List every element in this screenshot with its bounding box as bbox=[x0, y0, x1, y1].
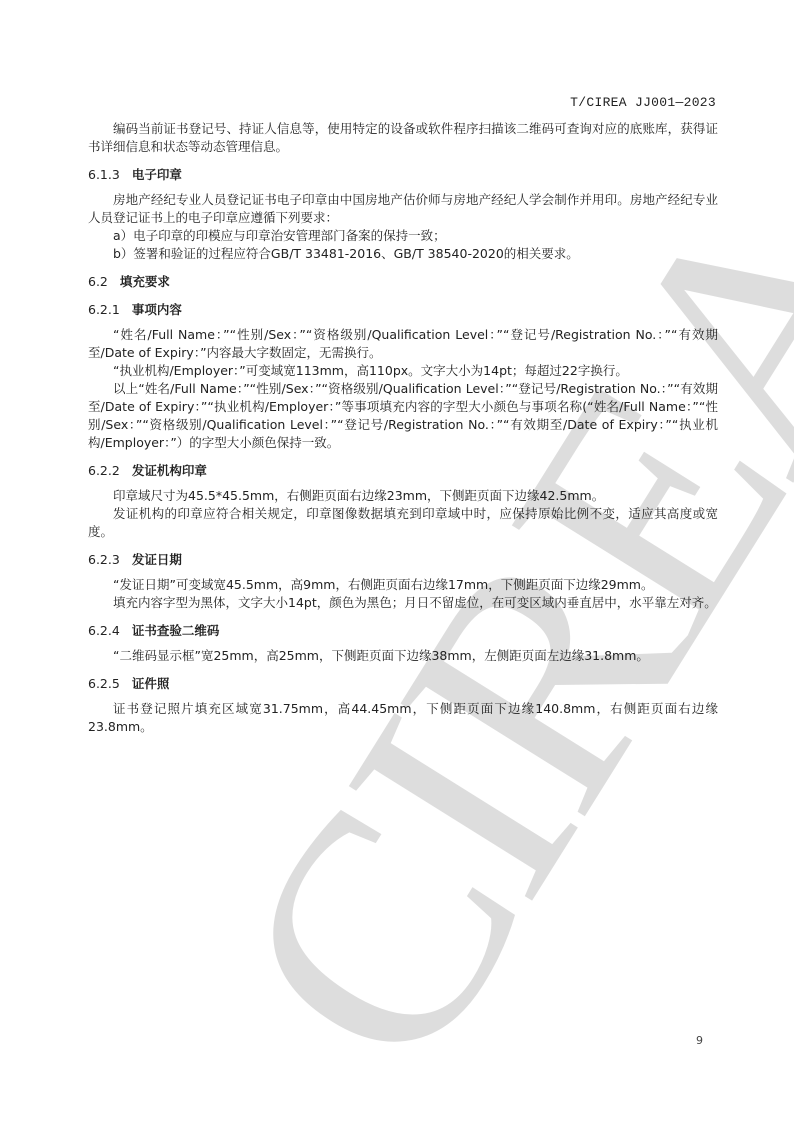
paragraph: 以上“姓名/Full Name：”“性别/Sex：”“资格级别/Qualific… bbox=[88, 380, 718, 452]
paragraph: “二维码显示框”宽25mm，高25mm，下侧距页面下边缘38mm，左侧距页面左边… bbox=[88, 647, 718, 665]
paragraph: 发证机构的印章应符合相关规定，印章图像数据填充到印章域中时，应保持原始比例不变，… bbox=[88, 505, 718, 541]
heading-6-2-5: 6.2.5证件照 bbox=[88, 675, 718, 693]
heading-number: 6.2.3 bbox=[88, 552, 120, 567]
heading-6-2-1: 6.2.1事项内容 bbox=[88, 301, 718, 319]
heading-6-1-3: 6.1.3电子印章 bbox=[88, 166, 718, 184]
paragraph: “执业机构/Employer：”可变域宽113mm，高110px。文字大小为14… bbox=[88, 362, 718, 380]
heading-title: 发证机构印章 bbox=[132, 463, 207, 478]
document-code: T/CIREA JJ001—2023 bbox=[570, 95, 716, 110]
heading-number: 6.2.5 bbox=[88, 676, 120, 691]
heading-title: 填充要求 bbox=[120, 274, 170, 289]
heading-number: 6.2 bbox=[88, 274, 108, 289]
paragraph: 填充内容字型为黑体，文字大小14pt，颜色为黑色；月日不留虚位，在可变区域内垂直… bbox=[88, 594, 718, 612]
heading-title: 证书查验二维码 bbox=[132, 623, 220, 638]
intro-paragraph: 编码当前证书登记号、持证人信息等，使用特定的设备或软件程序扫描该二维码可查询对应… bbox=[88, 120, 718, 156]
heading-title: 事项内容 bbox=[132, 302, 182, 317]
list-item: b）签署和验证的过程应符合GB/T 33481-2016、GB/T 38540-… bbox=[88, 245, 718, 263]
page-number: 9 bbox=[696, 1034, 703, 1047]
heading-6-2-2: 6.2.2发证机构印章 bbox=[88, 462, 718, 480]
paragraph: “姓名/Full Name：”“性别/Sex：”“资格级别/Qualificat… bbox=[88, 326, 718, 362]
heading-6-2-4: 6.2.4证书查验二维码 bbox=[88, 622, 718, 640]
paragraph: 证书登记照片填充区域宽31.75mm，高44.45mm，下侧距页面下边缘140.… bbox=[88, 700, 718, 736]
heading-number: 6.2.1 bbox=[88, 302, 120, 317]
heading-number: 6.2.4 bbox=[88, 623, 120, 638]
paragraph: “发证日期”可变域宽45.5mm，高9mm，右侧距页面右边缘17mm，下侧距页面… bbox=[88, 576, 718, 594]
heading-6-2: 6.2填充要求 bbox=[88, 273, 718, 291]
heading-title: 发证日期 bbox=[132, 552, 182, 567]
page-content: 编码当前证书登记号、持证人信息等，使用特定的设备或软件程序扫描该二维码可查询对应… bbox=[88, 120, 718, 736]
list-item: a）电子印章的印模应与印章治安管理部门备案的保持一致； bbox=[88, 227, 718, 245]
heading-number: 6.1.3 bbox=[88, 167, 120, 182]
paragraph: 印章域尺寸为45.5*45.5mm，右侧距页面右边缘23mm，下侧距页面下边缘4… bbox=[88, 487, 718, 505]
heading-title: 证件照 bbox=[132, 676, 170, 691]
heading-number: 6.2.2 bbox=[88, 463, 120, 478]
heading-title: 电子印章 bbox=[132, 167, 182, 182]
heading-6-2-3: 6.2.3发证日期 bbox=[88, 551, 718, 569]
paragraph: 房地产经纪专业人员登记证书电子印章由中国房地产估价师与房地产经纪人学会制作并用印… bbox=[88, 191, 718, 227]
